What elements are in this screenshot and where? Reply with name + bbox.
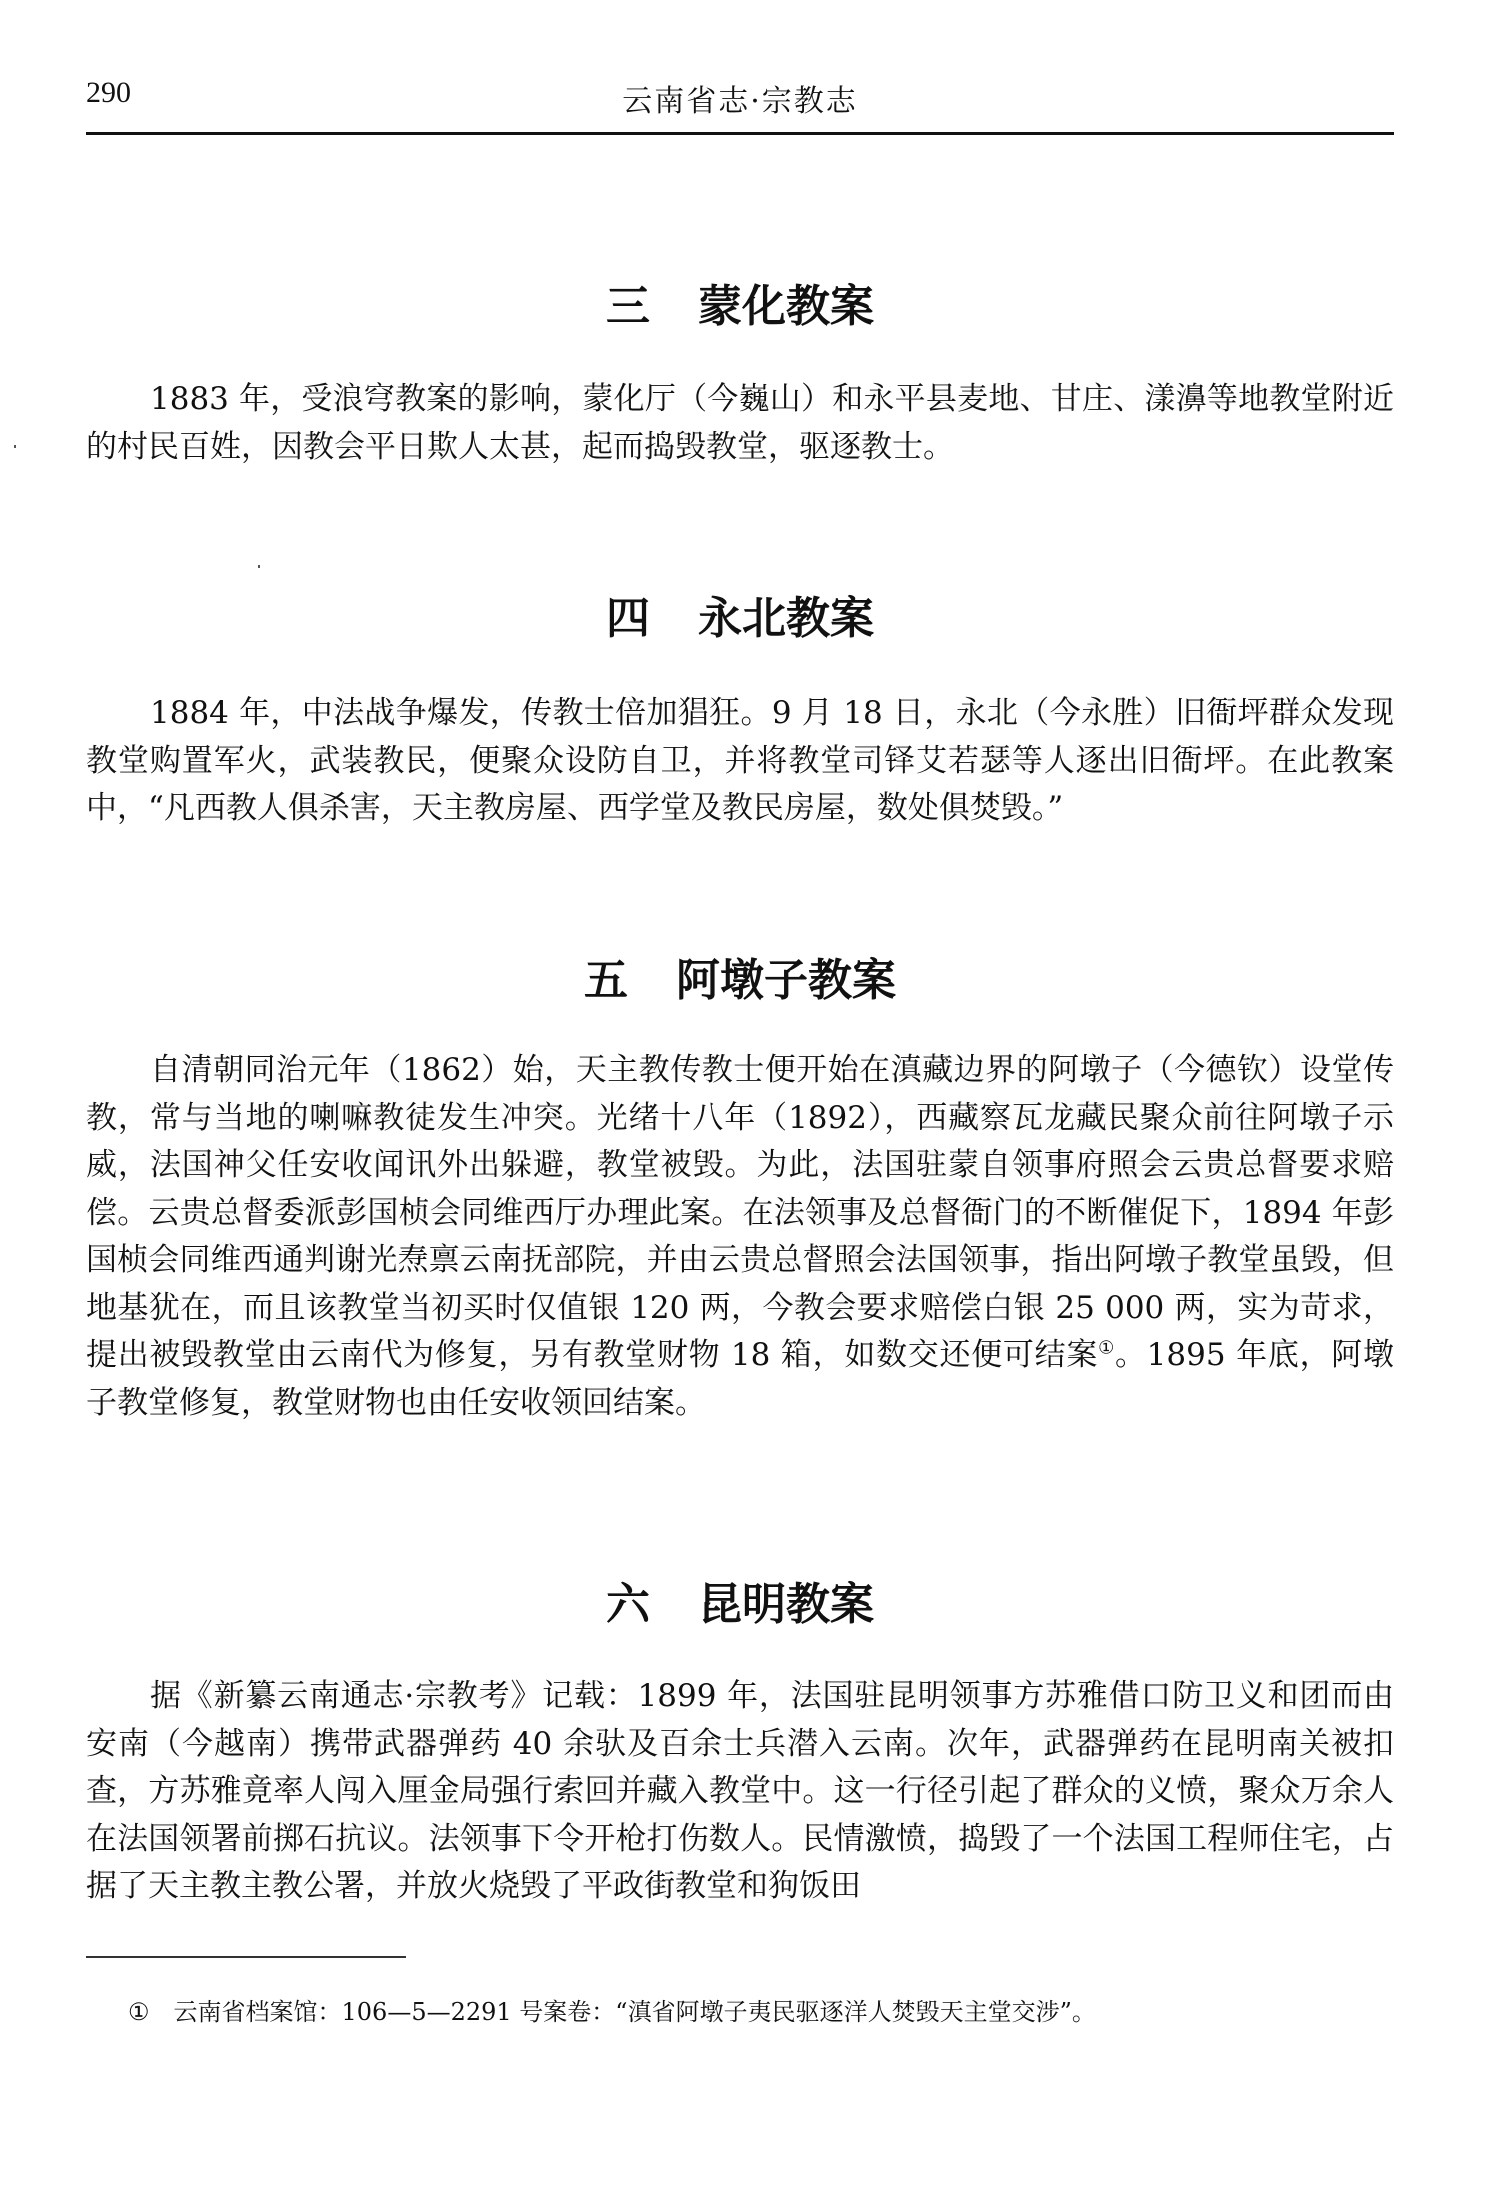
footnote-text: 云南省档案馆：106—5—2291 号案卷：“滇省阿墩子夷民驱逐洋人焚毁天主堂交… (174, 1998, 1096, 2026)
paragraph: 据《新纂云南通志·宗教考》记载：1899 年，法国驻昆明领事方苏雅借口防卫义和团… (86, 1673, 1394, 1911)
running-title: 云南省志·宗教志 (86, 76, 1394, 120)
paragraph: 自清朝同治元年（1862）始，天主教传教士便开始在滇藏边界的阿墩子（今德钦）设堂… (86, 1047, 1394, 1427)
paragraph-text: 自清朝同治元年（1862）始，天主教传教士便开始在滇藏边界的阿墩子（今德钦）设堂… (86, 1052, 1394, 1373)
section-body-5: 自清朝同治元年（1862）始，天主教传教士便开始在滇藏边界的阿墩子（今德钦）设堂… (86, 1047, 1394, 1427)
section-heading-5: 五阿墩子教案 (86, 944, 1394, 1008)
section-number: 五 (584, 955, 628, 1006)
scan-speck (258, 565, 260, 568)
footnote-marker: ① (128, 1998, 150, 2026)
section-title: 蒙化教案 (698, 281, 874, 332)
header-rule (86, 132, 1394, 135)
section-heading-3: 三蒙化教案 (86, 270, 1394, 334)
footnote-reference[interactable]: ① (1098, 1338, 1115, 1359)
section-number: 四 (606, 593, 650, 644)
scan-speck (14, 445, 16, 448)
footnote-rule (86, 1956, 406, 1958)
footnote: ①云南省档案馆：106—5—2291 号案卷：“滇省阿墩子夷民驱逐洋人焚毁天主堂… (128, 1992, 1096, 2027)
section-body-3: 1883 年，受浪穹教案的影响，蒙化厅（今巍山）和永平县麦地、甘庄、漾濞等地教堂… (86, 376, 1394, 471)
section-number: 六 (606, 1579, 650, 1630)
section-body-4: 1884 年，中法战争爆发，传教士倍加猖狂。9 月 18 日，永北（今永胜）旧衙… (86, 690, 1394, 833)
section-body-6: 据《新纂云南通志·宗教考》记载：1899 年，法国驻昆明领事方苏雅借口防卫义和团… (86, 1673, 1394, 1911)
section-number: 三 (606, 281, 650, 332)
paragraph: 1883 年，受浪穹教案的影响，蒙化厅（今巍山）和永平县麦地、甘庄、漾濞等地教堂… (86, 376, 1394, 471)
section-title: 阿墩子教案 (676, 955, 896, 1006)
section-title: 永北教案 (698, 593, 874, 644)
paragraph: 1884 年，中法战争爆发，传教士倍加猖狂。9 月 18 日，永北（今永胜）旧衙… (86, 690, 1394, 833)
section-title: 昆明教案 (698, 1579, 874, 1630)
page-header: 290 云南省志·宗教志 (86, 76, 1394, 128)
section-heading-4: 四永北教案 (86, 582, 1394, 646)
section-heading-6: 六昆明教案 (86, 1568, 1394, 1632)
